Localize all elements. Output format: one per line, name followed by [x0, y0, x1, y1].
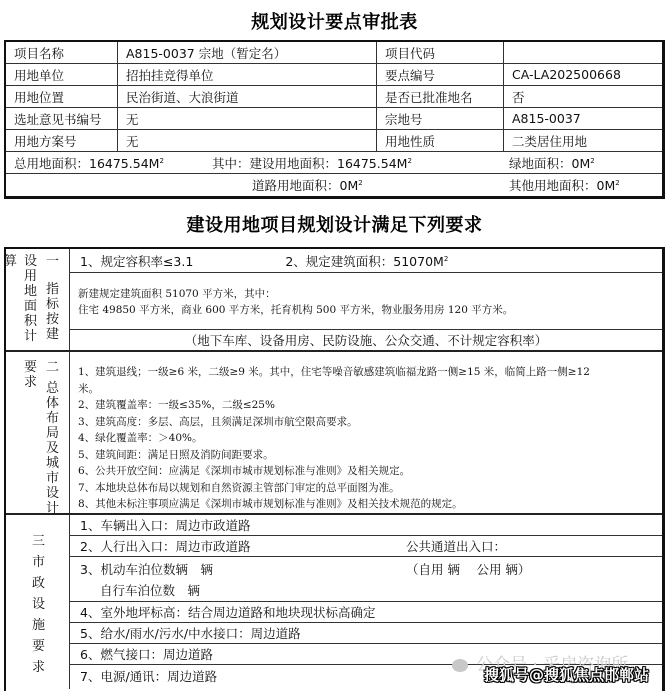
pedestrian-entrance: 2、人行出入口：周边市政道路: [80, 537, 250, 555]
table-row: 选址意见书编号 无 宗地号 A815-0037: [6, 108, 662, 130]
section2-content: 1、建筑退线；一级≥6 米，二级≥9 米。其中，住宅等噪音敏感建筑临福龙路一侧≥…: [70, 352, 662, 513]
label-col2: 二 总 体 布 局 及 城 市 设 计: [46, 360, 59, 516]
section2-label: 要 求 二 总 体 布 局 及 城 市 设 计: [6, 352, 70, 513]
value-land-location: 民治街道、大浪街道: [118, 86, 377, 107]
value-project-code: [504, 42, 662, 63]
label-place-name-approved: 是否已批准地名: [377, 86, 504, 107]
list-item: 5、建筑间距：满足日照及消防间距要求。: [78, 447, 656, 464]
section3-label: 三 市 政 设 施 要 求: [6, 515, 70, 689]
motor-parking: 3、机动车泊位数辆 辆: [80, 560, 213, 578]
info-table: 项目名称 A815-0037 宗地（暂定名） 项目代码 用地单位 招拍挂竞得单位…: [4, 40, 665, 199]
public-passage: 公共通道出入口：: [406, 537, 506, 555]
bike-parking: 自行车泊位数 辆: [100, 581, 200, 599]
exclusion-note: （地下车库、设备用房、民防设施、公众交通、不计规定容积率）: [70, 330, 662, 350]
list-item: 2、建筑覆盖率：一级≤35%，二级≤25%: [78, 397, 656, 414]
label-parcel-no: 宗地号: [377, 108, 504, 129]
total-land-area: 总用地面积：16475.54M2: [14, 154, 164, 172]
value-land-use: 二类居住用地: [504, 130, 662, 151]
parking-split: （自用 辆 公用 辆）: [406, 560, 530, 578]
label-key-point-no: 要点编号: [377, 64, 504, 85]
page-title: 规划设计要点审批表: [0, 8, 669, 34]
list-item: 1、建筑退线；一级≥6 米，二级≥9 米。其中，住宅等噪音敏感建筑临福龙路一侧≥…: [78, 364, 656, 381]
list-item: 米。: [78, 381, 656, 398]
list-item: 5、给水/雨水/污水/中水接口：周边道路: [70, 623, 662, 644]
table-row: 用地单位 招拍挂竞得单位 要点编号 CA-LA202500668: [6, 64, 662, 86]
value-place-name-approved: 否: [504, 86, 662, 107]
section1-label: 算 设 用 地 面 积 计 一 指 标 按 建: [6, 249, 70, 350]
area-row-2: 道路用地面积：0M2 其他用地面积：0M2: [6, 174, 662, 196]
water-connection: 5、给水/雨水/污水/中水接口：周边道路: [80, 624, 301, 642]
gfa-detail-line: 住宅 49850 平方米，商业 600 平方米，托育机构 500 平方米，物业服…: [78, 302, 662, 318]
label-land-use: 用地性质: [377, 130, 504, 151]
value-land-unit: 招拍挂竞得单位: [118, 64, 377, 85]
list-item: 1、车辆出入口：周边市政道路: [70, 515, 662, 536]
value-site-opinion-no: 无: [118, 108, 377, 129]
table-row: 用地方案号 无 用地性质 二类居住用地: [6, 130, 662, 152]
sohu-watermark: 搜狐号@搜狐焦点邯郸站: [484, 664, 649, 685]
list-item: 2、人行出入口：周边市政道路 公共通道出入口：: [70, 536, 662, 557]
table-row: 用地位置 民治街道、大浪街道 是否已批准地名 否: [6, 86, 662, 108]
label-col1: 要 求: [24, 360, 37, 390]
green-land-area: 绿地面积：0M2: [509, 154, 595, 172]
gfa-detail-line: 新建规定建筑面积 51070 平方米，其中：: [78, 286, 662, 302]
requirements-table: 算 设 用 地 面 积 计 一 指 标 按 建 1、规定容积率≤3.1 2、规定…: [4, 247, 665, 691]
label-col: 三 市 政 设 施 要 求: [32, 531, 45, 678]
gas-connection: 6、燃气接口：周边道路: [80, 645, 213, 663]
section-subtitle: 建设用地项目规划设计满足下列要求: [0, 211, 669, 237]
value-key-point-no: CA-LA202500668: [504, 64, 662, 85]
list-item: 3、建筑高度：多层、高层，且须满足深圳市航空限高要求。: [78, 414, 656, 431]
label-outer: 算: [4, 254, 17, 269]
other-land-area: 其他用地面积：0M2: [509, 176, 620, 194]
list-item: 3、机动车泊位数辆 辆 （自用 辆 公用 辆） 自行车泊位数 辆: [70, 557, 662, 602]
list-item: 8、其他未标注事项应满足《深圳市城市规划标准与准则》及相关技术规范的规定。: [78, 496, 656, 513]
label-col1: 设 用 地 面 积 计: [24, 254, 37, 344]
section-overall-layout: 要 求 二 总 体 布 局 及 城 市 设 计 1、建筑退线；一级≥6 米，二级…: [6, 352, 662, 515]
value-land-scheme-no: 无: [118, 130, 377, 151]
label-col2: 一 指 标 按 建: [46, 254, 59, 342]
label-land-unit: 用地单位: [6, 64, 118, 85]
list-item: 4、室外地坪标高：结合周边道路和地块现状标高确定: [70, 602, 662, 623]
list-item: 7、本地块总体布局以规划和自然资源主管部门审定的总平面图为准。: [78, 480, 656, 497]
list-item: 6、公共开放空间：应满足《深圳市城市规划标准与准则》及相关规定。: [78, 463, 656, 480]
road-land-area: 道路用地面积：0M2: [252, 176, 363, 194]
label-site-opinion-no: 选址意见书编号: [6, 108, 118, 129]
label-land-scheme-no: 用地方案号: [6, 130, 118, 151]
floor-area-ratio: 1、规定容积率≤3.1: [80, 252, 193, 270]
section-building-indicators: 算 设 用 地 面 积 计 一 指 标 按 建 1、规定容积率≤3.1 2、规定…: [6, 249, 662, 352]
list-item: 4、绿化覆盖率：＞40%。: [78, 430, 656, 447]
gfa-detail: 新建规定建筑面积 51070 平方米，其中： 住宅 49850 平方米，商业 6…: [70, 273, 662, 330]
wechat-icon: [452, 659, 468, 672]
value-project-name: A815-0037 宗地（暂定名）: [118, 42, 377, 63]
label-project-name: 项目名称: [6, 42, 118, 63]
label-project-code: 项目代码: [377, 42, 504, 63]
far-row: 1、规定容积率≤3.1 2、规定建筑面积：51070M2: [70, 249, 662, 273]
construction-land-area: 其中：建设用地面积：16475.54M2: [212, 154, 412, 172]
area-row-1: 总用地面积：16475.54M2 其中：建设用地面积：16475.54M2 绿地…: [6, 152, 662, 174]
ground-elevation: 4、室外地坪标高：结合周边道路和地块现状标高确定: [80, 603, 375, 621]
gross-floor-area: 2、规定建筑面积：51070M2: [285, 252, 448, 270]
value-parcel-no: A815-0037: [504, 108, 662, 129]
table-row: 项目名称 A815-0037 宗地（暂定名） 项目代码: [6, 42, 662, 64]
power-telecom: 7、电源/通讯：周边道路: [80, 667, 217, 685]
vehicle-entrance: 1、车辆出入口：周边市政道路: [80, 516, 250, 534]
label-land-location: 用地位置: [6, 86, 118, 107]
section1-content: 1、规定容积率≤3.1 2、规定建筑面积：51070M2 新建规定建筑面积 51…: [70, 249, 662, 350]
